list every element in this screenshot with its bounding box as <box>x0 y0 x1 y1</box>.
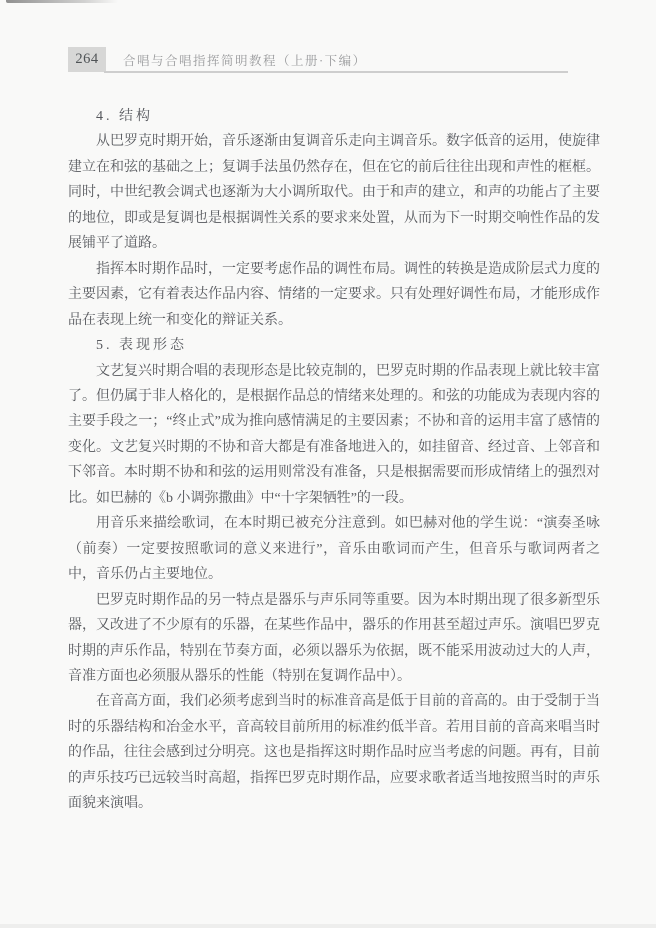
scanned-book-page: 264 合唱与合唱指挥简明教程（上册·下编） 4. 结构 从巴罗克时期开始，音乐… <box>0 0 656 928</box>
section-heading-expression-form: 5. 表现形态 <box>68 333 600 358</box>
page-body: 4. 结构 从巴罗克时期开始，音乐逐渐由复调音乐走向主调音乐。数字低音的运用，使… <box>68 104 600 817</box>
scan-artifact-bottom-edge <box>0 924 656 928</box>
page-number: 264 <box>75 51 98 68</box>
paragraph-lyrics-depiction: 用音乐来描绘歌词，在本时期已被充分注意到。如巴赫对他的学生说：“演奏圣咏（前奏）… <box>68 511 600 587</box>
scan-artifact-top-edge <box>6 0 118 3</box>
paragraph-pitch-standard: 在音高方面，我们必须考虑到当时的标准音高是低于目前的音高的。由于受制于当时的乐器… <box>68 689 600 816</box>
paragraph-baroque-tonality: 从巴罗克时期开始，音乐逐渐由复调音乐走向主调音乐。数字低音的运用，使旋律建立在和… <box>68 129 600 256</box>
page-header: 264 合唱与合唱指挥简明教程（上册·下编） <box>68 47 367 72</box>
paragraph-tonal-layout: 指挥本时期作品时，一定要考虑作品的调性布局。调性的转换是造成阶层式力度的主要因素… <box>68 257 600 333</box>
paragraph-renaissance-expression: 文艺复兴时期合唱的表现形态是比较克制的，巴罗克时期的作品表现上就比较丰富了。但仍… <box>68 359 600 512</box>
section-heading-structure: 4. 结构 <box>68 104 600 129</box>
paragraph-instrumental-vocal: 巴罗克时期作品的另一特点是器乐与声乐同等重要。因为本时期出现了很多新型乐器，又改… <box>68 588 600 690</box>
running-title: 合唱与合唱指挥简明教程（上册·下编） <box>123 51 367 69</box>
header-rule <box>104 71 568 73</box>
page-number-badge: 264 <box>68 47 106 72</box>
